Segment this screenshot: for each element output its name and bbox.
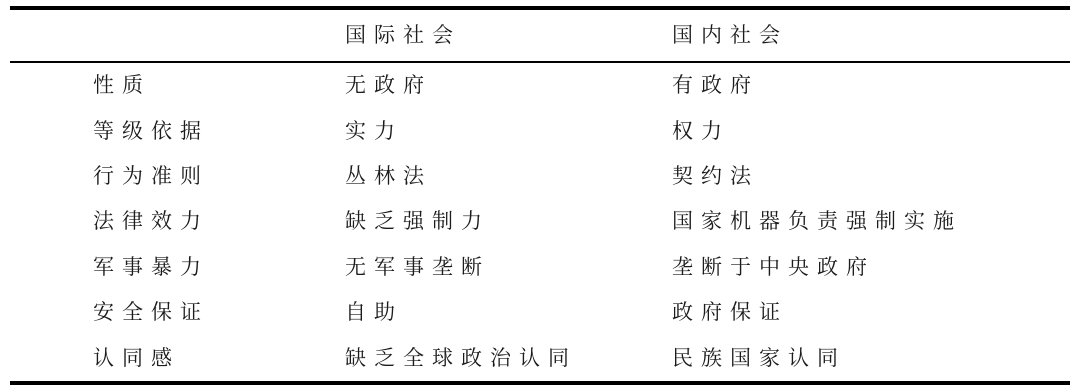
row-label: 法律效力 (10, 211, 345, 232)
document-page: 国际社会 国内社会 性质 无政府 有政府 等级依据 实力 权力 行为准则 丛林法… (0, 0, 1083, 392)
table-row-nature: 性质 无政府 有政府 (10, 63, 1070, 108)
row-label: 等级依据 (10, 121, 345, 142)
table-row-code-of-conduct: 行为准则 丛林法 契约法 (10, 154, 1070, 199)
column-header-international-society: 国际社会 (345, 25, 672, 46)
table-header-row: 国际社会 国内社会 (10, 10, 1070, 63)
table-row-legal-force: 法律效力 缺乏强制力 国家机器负责强制实施 (10, 199, 1070, 244)
row-label: 性质 (10, 75, 345, 96)
cell-international: 无政府 (345, 75, 672, 96)
society-comparison-table: 国际社会 国内社会 性质 无政府 有政府 等级依据 实力 权力 行为准则 丛林法… (10, 6, 1070, 385)
cell-domestic: 垄断于中央政府 (672, 257, 1070, 278)
table-row-military-violence: 军事暴力 无军事垄断 垄断于中央政府 (10, 245, 1070, 290)
table-row-sense-of-identity: 认同感 缺乏全球政治认同 民族国家认同 (10, 336, 1070, 381)
cell-domestic: 权力 (672, 121, 1070, 142)
cell-international: 缺乏强制力 (345, 211, 672, 232)
table-body: 性质 无政府 有政府 等级依据 实力 权力 行为准则 丛林法 契约法 法律效力 … (10, 63, 1070, 381)
cell-international: 无军事垄断 (345, 257, 672, 278)
row-label: 安全保证 (10, 302, 345, 323)
row-label: 军事暴力 (10, 257, 345, 278)
cell-domestic: 政府保证 (672, 302, 1070, 323)
table-row-hierarchy-basis: 等级依据 实力 权力 (10, 108, 1070, 153)
table-row-security-guarantee: 安全保证 自助 政府保证 (10, 290, 1070, 335)
row-label: 认同感 (10, 348, 345, 369)
cell-domestic: 有政府 (672, 75, 1070, 96)
cell-international: 丛林法 (345, 166, 672, 187)
cell-domestic: 国家机器负责强制实施 (672, 211, 1070, 232)
column-header-domestic-society: 国内社会 (672, 25, 1070, 46)
row-label: 行为准则 (10, 166, 345, 187)
cell-domestic: 民族国家认同 (672, 348, 1070, 369)
cell-international: 实力 (345, 121, 672, 142)
cell-international: 自助 (345, 302, 672, 323)
cell-international: 缺乏全球政治认同 (345, 348, 672, 369)
cell-domestic: 契约法 (672, 166, 1070, 187)
